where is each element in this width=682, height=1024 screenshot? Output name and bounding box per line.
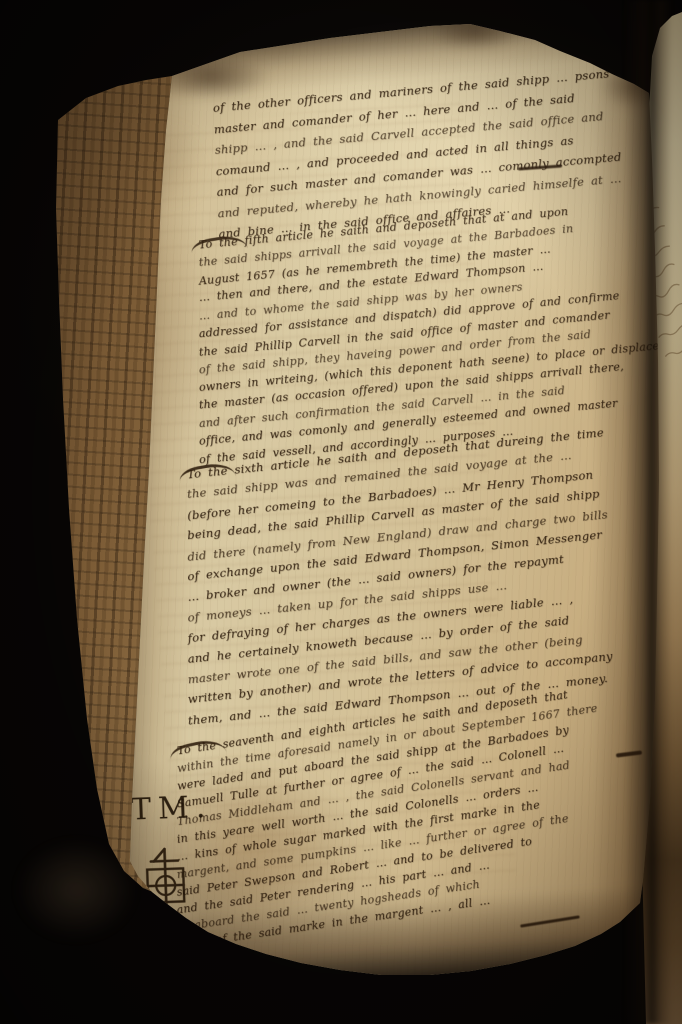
owner-initials: TM. (130, 789, 221, 827)
gutter-shadow (624, 0, 672, 1024)
pencil-mark: 6 (572, 27, 586, 49)
manuscript-photo: 812 6 of the other officers and mariners… (0, 0, 682, 1024)
merchant-mark (132, 843, 199, 945)
